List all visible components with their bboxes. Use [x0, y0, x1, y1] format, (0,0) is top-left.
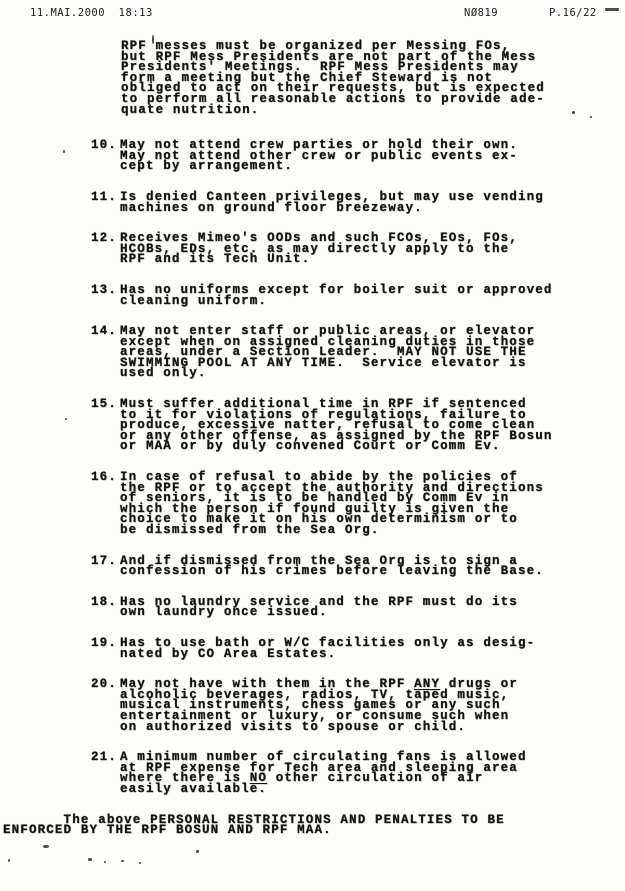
- restriction-item: 17.And if dismissed from the Sea Org is …: [0, 556, 625, 577]
- scan-speckle: [605, 8, 619, 11]
- item-text: May not enter staff or public areas, or …: [120, 326, 535, 379]
- text-line: machines on ground floor breezeway.: [120, 203, 544, 214]
- intro-paragraph: RPF messes must be organized per Messing…: [121, 41, 625, 115]
- restriction-item: 16.In case of refusal to abide by the po…: [0, 472, 625, 536]
- item-text: Has to use bath or W/C facilities only a…: [120, 638, 535, 659]
- scan-speckle: [152, 35, 154, 44]
- text-line: quate nutrition.: [121, 105, 625, 116]
- restriction-item: 10.May not attend crew parties or hold t…: [0, 140, 625, 172]
- item-text: Must suffer additional time in RPF if se…: [120, 399, 553, 452]
- scan-speckle: [43, 845, 49, 848]
- item-number: 16.: [91, 472, 120, 536]
- fax-datetime: 11.MAI.2000 18:13: [30, 7, 153, 19]
- scan-speckle: [8, 859, 10, 862]
- restriction-item: 18.Has no laundry service and the RPF mu…: [0, 597, 625, 618]
- item-text: Receives Mimeo's OODs and such FCOs, EOs…: [120, 233, 518, 265]
- text-segment: other circulation of air: [267, 771, 483, 785]
- item-text: And if dismissed from the Sea Org is to …: [120, 556, 544, 577]
- item-number: 11.: [91, 192, 120, 213]
- scan-speckle: [590, 116, 592, 118]
- item-number: 19.: [91, 638, 120, 659]
- text-line: easily available.: [120, 784, 527, 795]
- item-number: 15.: [91, 399, 120, 452]
- item-number: 21.: [91, 752, 120, 794]
- closing-paragraph: The above PERSONAL RESTRICTIONS AND PENA…: [3, 815, 625, 836]
- restriction-item: 20.May not have with them in the RPF ANY…: [0, 679, 625, 732]
- restriction-item: 12.Receives Mimeo's OODs and such FCOs, …: [0, 233, 625, 265]
- text-line: be dismissed from the Sea Org.: [120, 525, 544, 536]
- text-line: confession of his crimes before leaving …: [120, 566, 544, 577]
- item-text: Has no laundry service and the RPF must …: [120, 597, 518, 618]
- text-line: ENFORCED BY THE RPF BOSUN AND RPF MAA.: [3, 825, 625, 836]
- text-line: used only.: [120, 368, 535, 379]
- scan-speckle: [196, 850, 199, 853]
- fax-page: 11.MAI.2000 18:13 NØ819 P.16/22 RPF mess…: [0, 0, 625, 891]
- item-text: In case of refusal to abide by the polic…: [120, 472, 544, 536]
- document-body: RPF messes must be organized per Messing…: [0, 41, 625, 836]
- text-line: nated by CO Area Estates.: [120, 649, 535, 660]
- fax-page-count: P.16/22: [549, 7, 597, 19]
- item-text: Is denied Canteen privileges, but may us…: [120, 192, 544, 213]
- text-line: cleaning uniform.: [120, 296, 553, 307]
- scan-speckle: [65, 418, 67, 420]
- item-text: Has no uniforms except for boiler suit o…: [120, 285, 553, 306]
- restriction-item: 14.May not enter staff or public areas, …: [0, 326, 625, 379]
- text-line: on authorized visits to spouse or child.: [120, 722, 518, 733]
- text-line: or MAA or by duly convened Court or Comm…: [120, 441, 553, 452]
- item-number: 13.: [91, 285, 120, 306]
- item-number: 14.: [91, 326, 120, 379]
- scan-speckle: [104, 861, 106, 863]
- restriction-item: 19.Has to use bath or W/C facilities onl…: [0, 638, 625, 659]
- scan-speckle: [63, 150, 65, 153]
- item-number: 17.: [91, 556, 120, 577]
- restriction-item: 15.Must suffer additional time in RPF if…: [0, 399, 625, 452]
- fax-number: NØ819: [464, 7, 498, 19]
- restriction-item: 11.Is denied Canteen privileges, but may…: [0, 192, 625, 213]
- item-text: May not have with them in the RPF ANY dr…: [120, 679, 518, 732]
- restriction-item: 21.A minimum number of circulating fans …: [0, 752, 625, 794]
- item-number: 20.: [91, 679, 120, 732]
- item-number: 10.: [91, 140, 120, 172]
- item-number: 18.: [91, 597, 120, 618]
- item-text: May not attend crew parties or hold thei…: [120, 140, 518, 172]
- scan-speckle: [88, 858, 92, 861]
- scan-speckle: [139, 862, 141, 864]
- item-text: A minimum number of circulating fans is …: [120, 752, 527, 794]
- item-number: 12.: [91, 233, 120, 265]
- scan-speckle: [572, 111, 575, 114]
- scan-speckle: [121, 860, 124, 862]
- restriction-item: 13.Has no uniforms except for boiler sui…: [0, 285, 625, 306]
